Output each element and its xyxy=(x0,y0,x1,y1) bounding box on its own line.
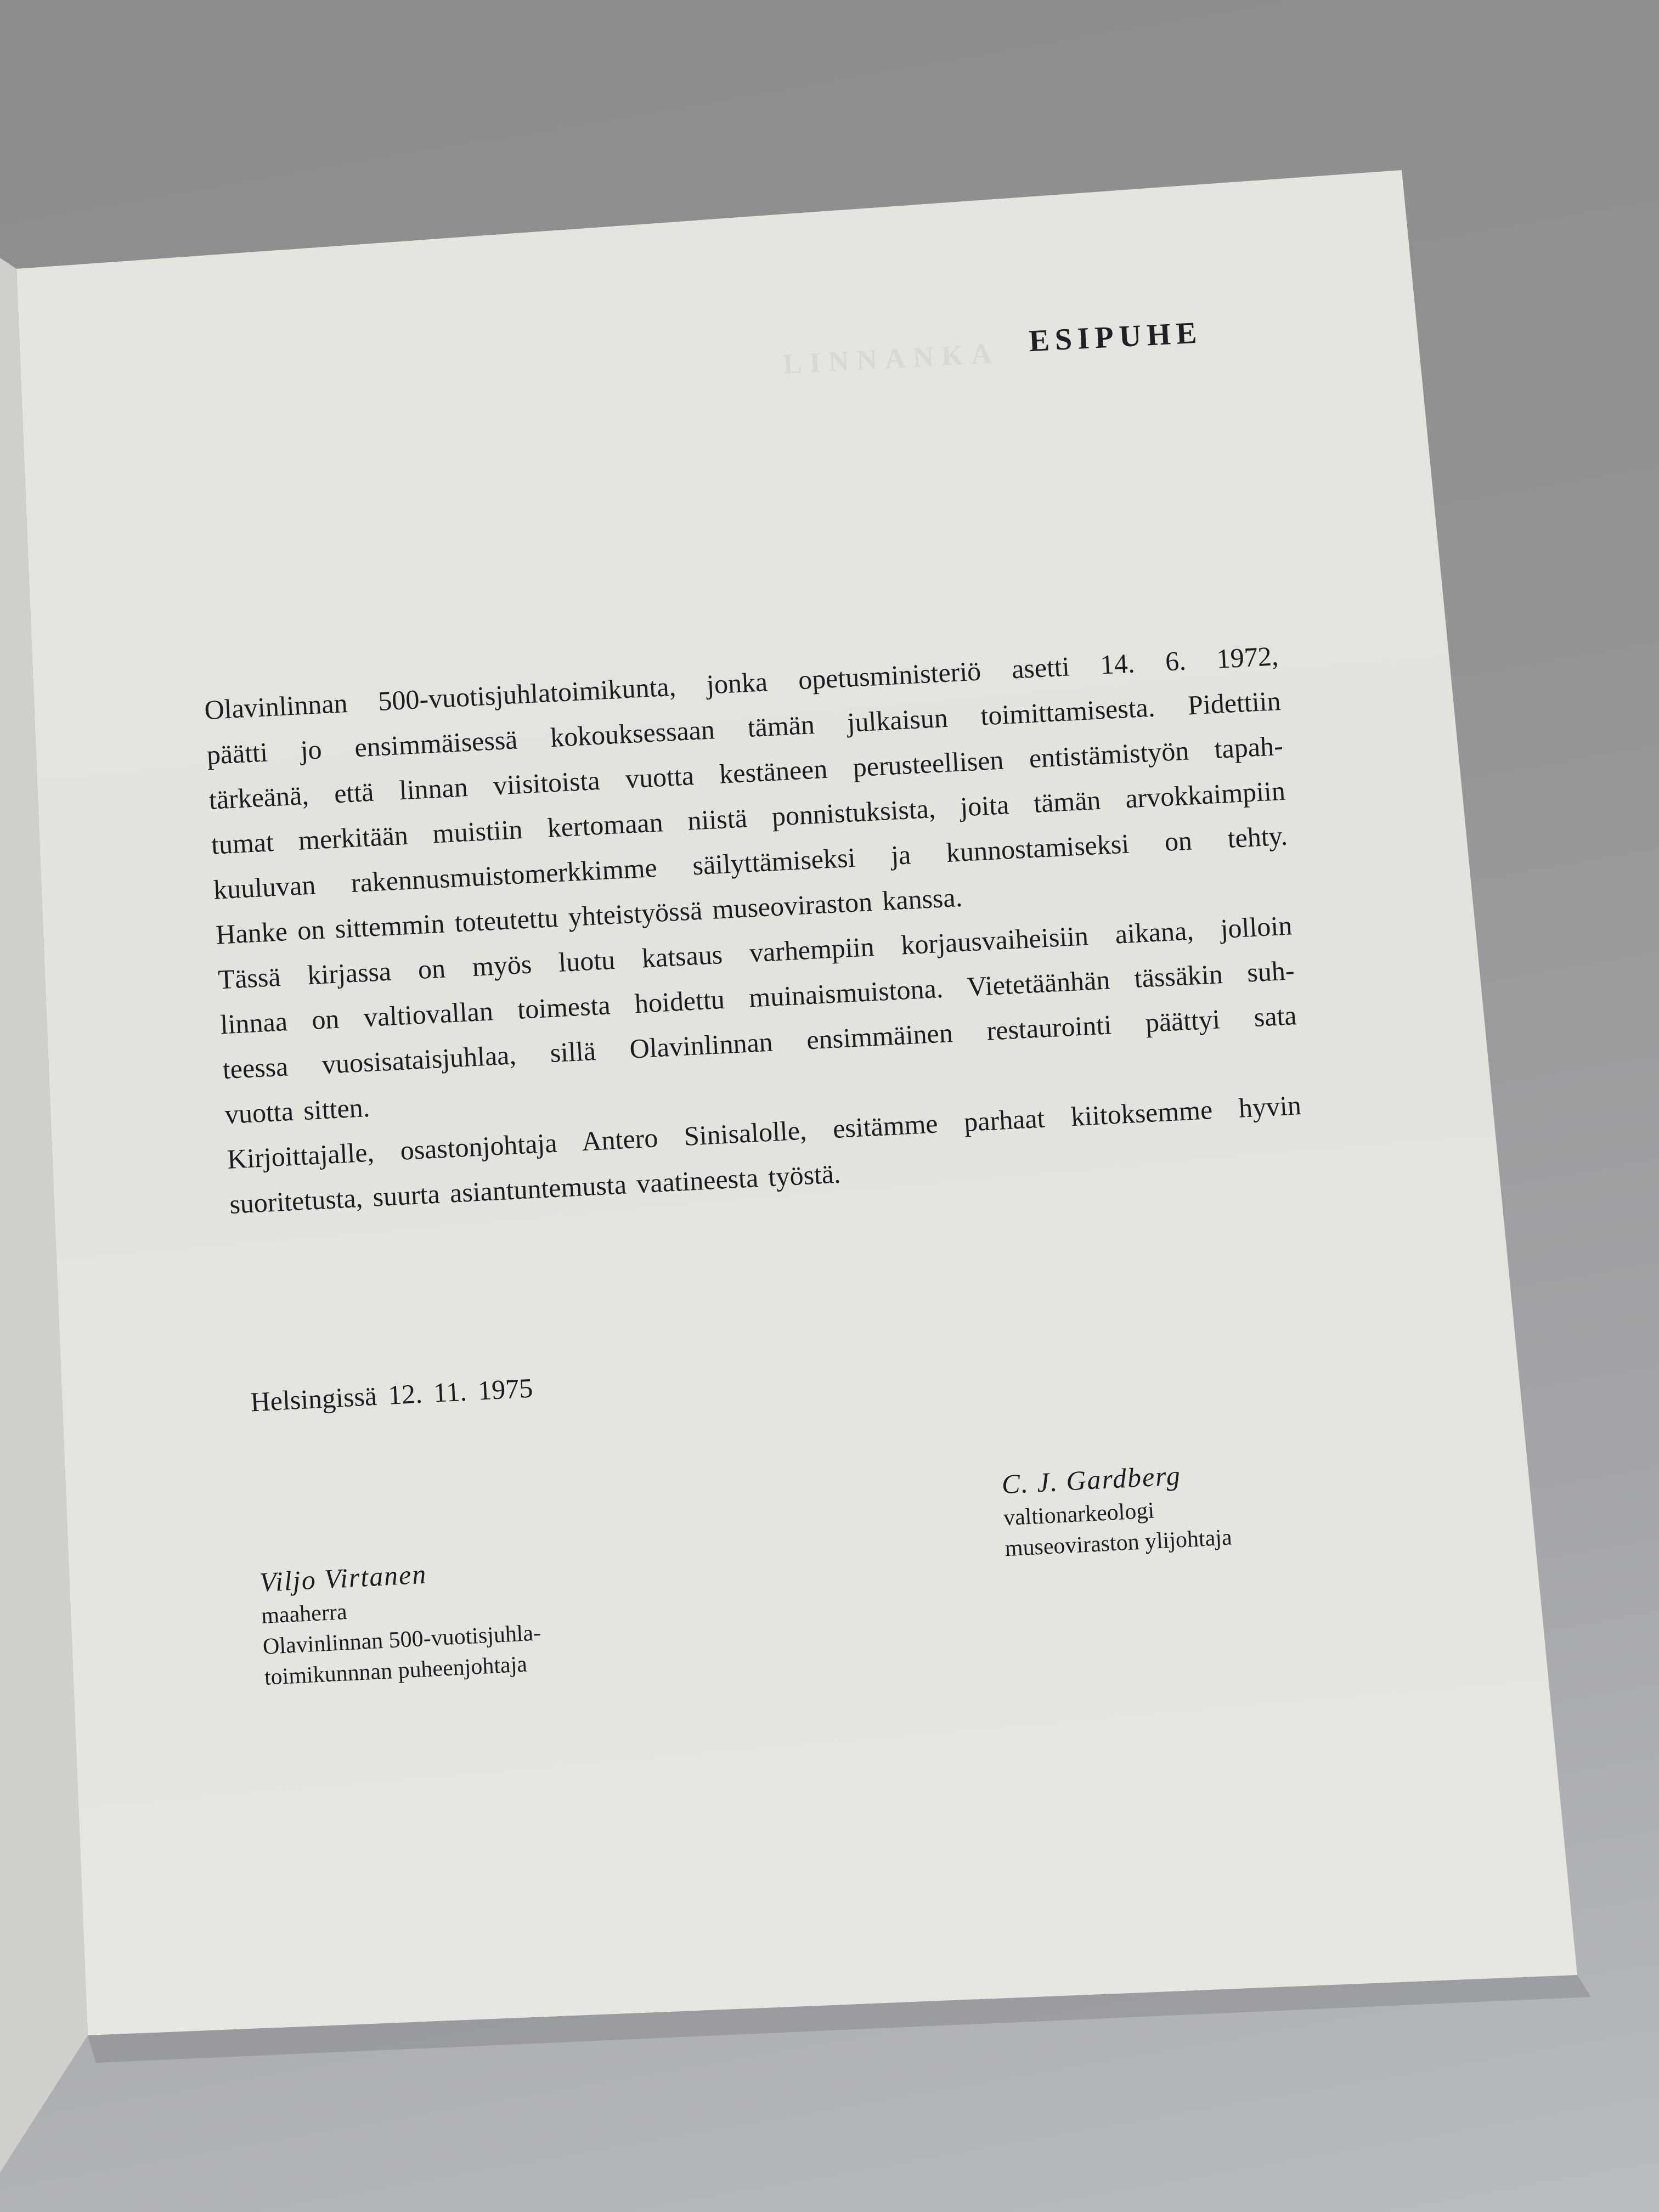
page-title: ESIPUHE xyxy=(1028,315,1203,359)
page-content: LINNANKA ESIPUHE Olavinlinnan 500-vuotis… xyxy=(187,301,1355,1781)
signature-block-gardberg: C. J. Gardberg valtionarkeologi museovir… xyxy=(1001,1458,1232,1565)
book-page: LINNANKA ESIPUHE Olavinlinnan 500-vuotis… xyxy=(0,0,1659,2212)
preface-body: Olavinlinnan 500-vuotisjuhlatoimikunta, … xyxy=(204,633,1305,1227)
place-and-date: Helsingissä 12. 11. 1975 xyxy=(250,1372,533,1418)
show-through-heading: LINNANKA xyxy=(782,337,1001,381)
signature-block-virtanen: Viljo Virtanen maaherra Olavinlinnan 500… xyxy=(259,1553,543,1692)
